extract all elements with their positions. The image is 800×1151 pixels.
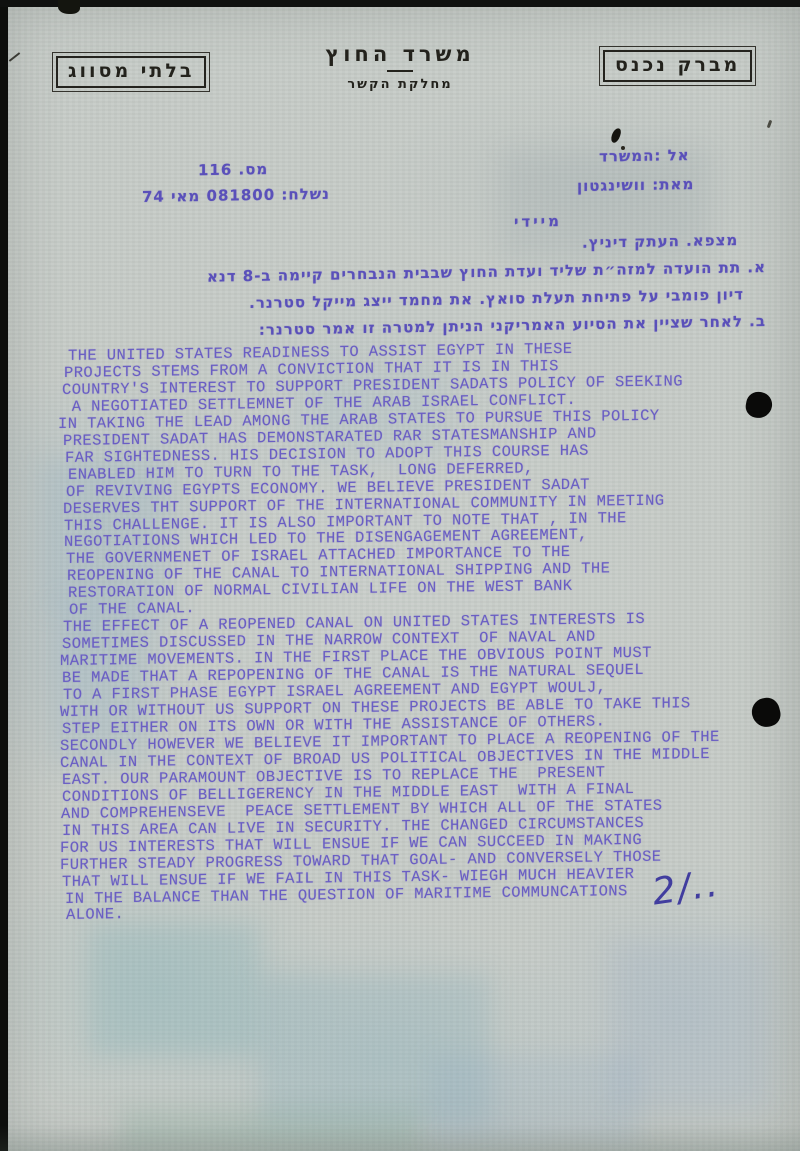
hebrew-body: א. תת הועדה למזה״ת שליד ועדת החוץ שבבית …: [207, 254, 766, 345]
ink-dot: [744, 390, 774, 420]
telegram-number: מס. 116: [198, 160, 268, 179]
masthead: משרד החוץ מחלקת הקשר: [295, 42, 505, 92]
classification-stamp-box: בלתי מסווג: [52, 52, 210, 92]
ministry-name: משרד החוץ: [295, 42, 505, 66]
paper-stain: [90, 925, 260, 1055]
incoming-telegram-stamp-box: מברק נכנס: [599, 46, 756, 86]
scanned-telegram-page: בלתי מסווג מברק נכנס משרד החוץ מחלקת הקש…: [0, 0, 800, 1151]
scan-edge-left: [0, 0, 8, 1151]
scan-edge-top: [0, 0, 800, 7]
ink-dot: [749, 695, 783, 730]
cable-text-body: THE UNITED STATES READINESS TO ASSIST EG…: [62, 339, 720, 925]
pen-tick-mark: [9, 52, 20, 62]
paper-stain: [260, 975, 490, 1125]
paper-stain: [610, 940, 770, 1110]
pen-corner-mark: [767, 120, 773, 129]
ink-blot: [610, 127, 622, 144]
incoming-telegram-stamp-label: מברק נכנס: [615, 54, 740, 76]
department-name: מחלקת הקשר: [295, 77, 505, 92]
to-line: אל :המשרד: [599, 146, 690, 166]
ink-blot-dot: [621, 146, 625, 150]
classification-stamp-label: בלתי מסווג: [68, 60, 194, 82]
from-line: מאת: וושינגטון: [577, 175, 694, 195]
masthead-divider: [387, 70, 413, 72]
classification-stamp-inner: בלתי מסווג: [56, 56, 206, 88]
sent-timestamp: נשלח: 081800 מאי 74: [142, 185, 330, 206]
scan-edge-bottom: [0, 1125, 800, 1151]
distribution-line: מצפא. העתק דיניץ.: [582, 231, 738, 252]
scan-edge-notch: [58, 0, 80, 14]
incoming-telegram-stamp-inner: מברק נכנס: [603, 50, 752, 82]
priority-label: מיידי: [514, 212, 562, 231]
